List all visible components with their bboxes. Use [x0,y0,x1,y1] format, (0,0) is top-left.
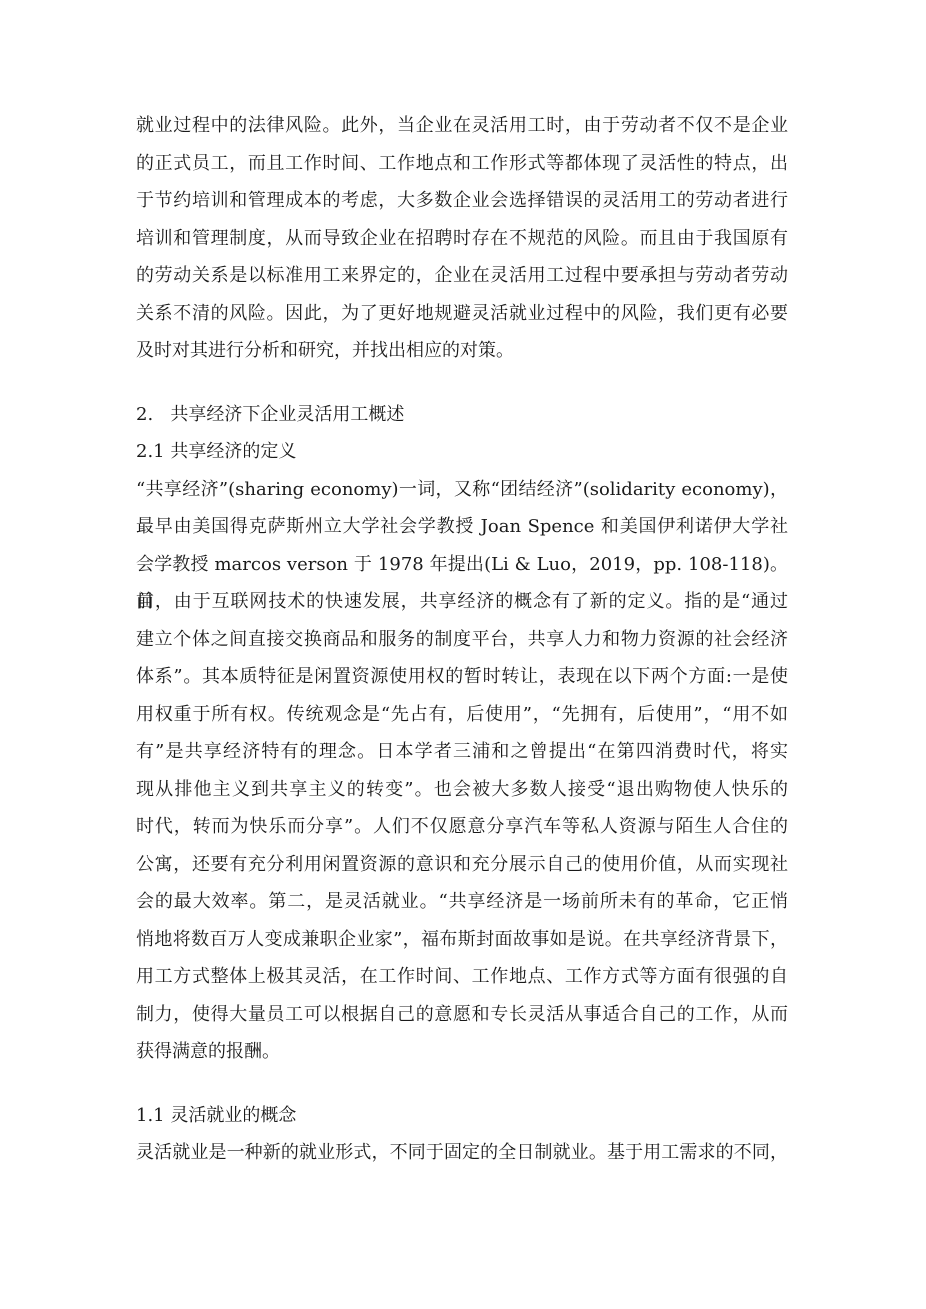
paragraph-line: 前，由于互联网技术的快速发展，共享经济的概念有了新的定义。指的是“通过 [136,583,788,621]
paragraph-line: 就业过程中的法律风险。此外，当企业在灵活用工时，由于劳动者不仅不是企业 [136,107,788,145]
paragraph-line: 于节约培训和管理成本的考虑，大多数企业会选择错误的灵活用工的劳动者进行 [136,182,788,220]
paragraph-line: 会学教授 marcos verson 于 1978 年提出(Li & Luo，2… [136,546,788,584]
paragraph-line: 用工方式整体上极其灵活，在工作时间、工作地点、工作方式等方面有很强的自 [136,958,788,996]
paragraph-line: 制力，使得大量员工可以根据自己的意愿和专长灵活从事适合自己的工作，从而 [136,996,788,1034]
paragraph-line: 及时对其进行分析和研究，并找出相应的对策。 [136,332,788,370]
paragraph-line: 获得满意的报酬。 [136,1033,788,1071]
paragraph-line: 关系不清的风险。因此，为了更好地规避灵活就业过程中的风险，我们更有必要 [136,295,788,333]
paragraph-line: 时代，转而为快乐而分享”。人们不仅愿意分享汽车等私人资源与陌生人合住的 [136,808,788,846]
paragraph-spacer [136,1071,788,1097]
paragraph-line: 公寓，还要有充分利用闲置资源的意识和充分展示自己的使用价值，从而实现社 [136,846,788,884]
paragraph-line: 灵活就业是一种新的就业形式，不同于固定的全日制就业。基于用工需求的不同， [136,1134,788,1172]
paragraph-line: 建立个体之间直接交换商品和服务的制度平台，共享人力和物力资源的社会经济 [136,621,788,659]
paragraph-line: 有”是共享经济特有的理念。日本学者三浦和之曾提出“在第四消费时代，将实 [136,733,788,771]
paragraph-line: 悄地将数百万人变成兼职企业家”，福布斯封面故事如是说。在共享经济背景下， [136,921,788,959]
paragraph-line: 会的最大效率。第二，是灵活就业。“共享经济是一场前所未有的革命，它正悄 [136,883,788,921]
section-heading: 2. 共享经济下企业灵活用工概述 [136,396,788,434]
section-heading: 2.1 共享经济的定义 [136,433,788,471]
paragraph-line: 用权重于所有权。传统观念是“先占有，后使用”，“先拥有，后使用”，“用不如 [136,696,788,734]
paragraph-spacer [136,370,788,396]
section-heading: 1.1 灵活就业的概念 [136,1097,788,1135]
paragraph-line: 体系”。其本质特征是闲置资源使用权的暂时转让，表现在以下两个方面:一是使 [136,658,788,696]
paragraph-line: 的正式员工，而且工作时间、工作地点和工作形式等都体现了灵活性的特点，出 [136,145,788,183]
paragraph-line: “共享经济”(sharing economy)一词，又称“团结经济”(solid… [136,471,788,509]
paragraph-line: 培训和管理制度，从而导致企业在招聘时存在不规范的风险。而且由于我国原有 [136,220,788,258]
document-page: 就业过程中的法律风险。此外，当企业在灵活用工时，由于劳动者不仅不是企业的正式员工… [0,0,926,1309]
text-column: 就业过程中的法律风险。此外，当企业在灵活用工时，由于劳动者不仅不是企业的正式员工… [136,107,788,1172]
paragraph-line: 最早由美国得克萨斯州立大学社会学教授 Joan Spence 和美国伊利诺伊大学… [136,508,788,546]
paragraph-line: 的劳动关系是以标准用工来界定的，企业在灵活用工过程中要承担与劳动者劳动 [136,257,788,295]
paragraph-line: 现从排他主义到共享主义的转变”。也会被大多数人接受“退出购物使人快乐的 [136,771,788,809]
